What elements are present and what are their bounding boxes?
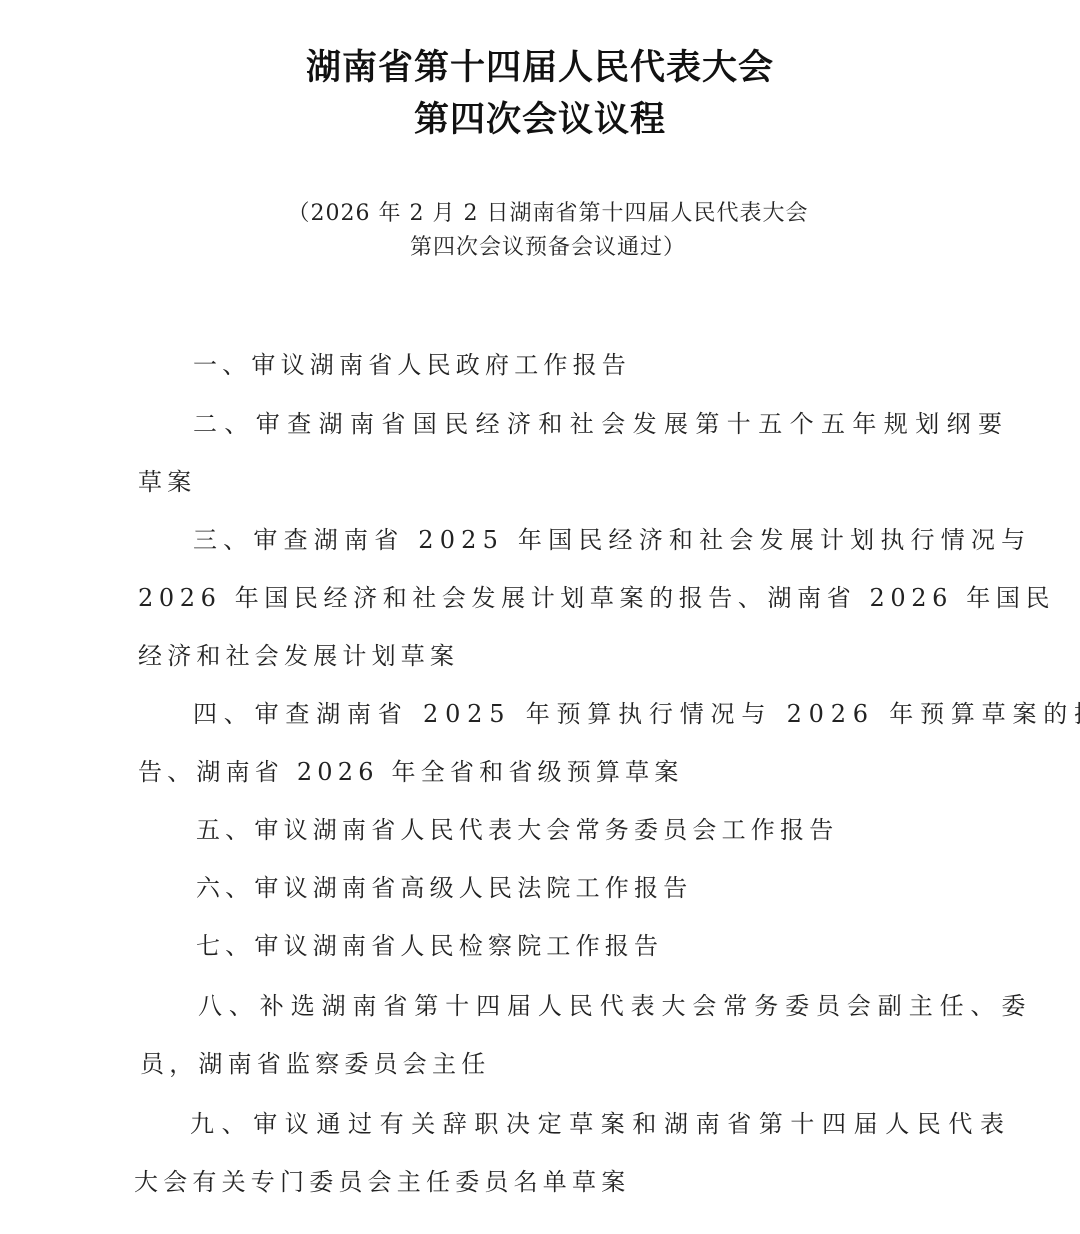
agenda-item-4-line-2: 告、湖南省 2026 年全省和省级预算草案 [138,752,684,787]
agenda-item-9-line-2: 大会有关专门委员会主任委员名单草案 [134,1162,630,1197]
agenda-item-2-line-2: 草案 [138,462,196,497]
agenda-item-5-line-1: 五、审议湖南省人民代表大会常务委员会工作报告 [196,810,838,845]
document-title-line-1: 湖南省第十四届人民代表大会 [0,40,1080,90]
adoption-note-line-2: 第四次会议预备会议通过） [8,230,1080,261]
adoption-note-line-1: （2026 年 2 月 2 日湖南省第十四届人民代表大会 [8,196,1080,227]
agenda-item-3-line-2: 2026 年国民经济和社会发展计划草案的报告、湖南省 2026 年国民 [138,578,1055,613]
agenda-item-8-line-2: 员，湖南省监察委员会主任 [140,1044,490,1079]
agenda-item-7-line-1: 七、审议湖南省人民检察院工作报告 [196,926,663,961]
agenda-item-2-line-1: 二、审查湖南省国民经济和社会发展第十五个五年规划纲要 [193,404,1009,439]
agenda-item-1-line-1: 一、审议湖南省人民政府工作报告 [193,345,631,380]
document-page: 湖南省第十四届人民代表大会 第四次会议议程 （2026 年 2 月 2 日湖南省… [0,0,1080,1234]
agenda-item-6-line-1: 六、审议湖南省高级人民法院工作报告 [196,868,692,903]
agenda-item-3-line-3: 经济和社会发展计划草案 [138,636,459,671]
agenda-item-4-line-1: 四、审查湖南省 2025 年预算执行情况与 2026 年预算草案的报 [193,694,1080,729]
agenda-item-8-line-1: 八、补选湖南省第十四届人民代表大会常务委员会副主任、委 [198,986,1032,1021]
document-title-line-2: 第四次会议议程 [0,92,1080,142]
agenda-item-3-line-1: 三、审查湖南省 2025 年国民经济和社会发展计划执行情况与 [193,520,1031,555]
agenda-item-9-line-1: 九、审议通过有关辞职决定草案和湖南省第十四届人民代表 [190,1104,1012,1139]
